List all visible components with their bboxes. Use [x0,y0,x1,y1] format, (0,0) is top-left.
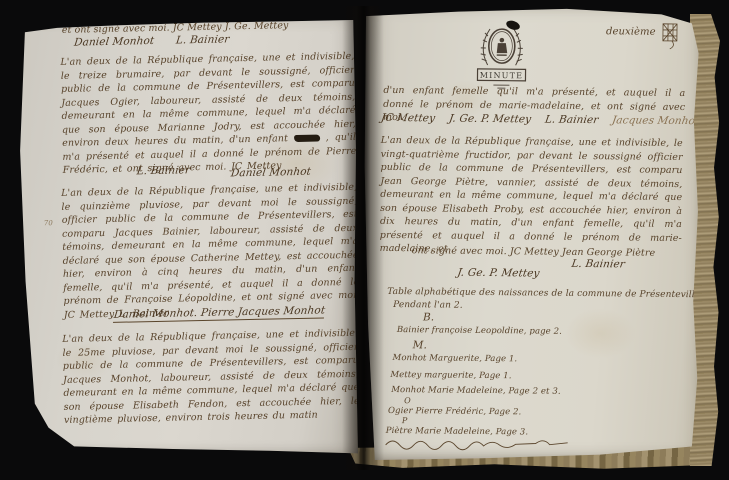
birth-act-3: L'an deux de la République française, un… [62,327,360,428]
act4-signature-line: ont signé avec moi. JC Mettey Jean Georg… [412,245,656,259]
stamp-figure-body [497,43,508,53]
manuscript-scan: et ont signé avec moi. JC Mettey J. Ge. … [0,0,729,480]
birth-act-1: L'an deux de la République française, un… [60,50,356,178]
birth-act-2: L'an deux de la République française, un… [61,181,360,322]
index-title: Table alphabétique des naissances de la … [387,287,709,300]
signature-jc-mettey: JC Mettey [380,112,436,125]
minute-revenue-stamp: MINUTE [471,17,532,92]
index-entry-mettey-marguerite: Mettey marguerite, Page 1. [390,370,511,381]
crossed-out-word [294,134,320,142]
signature-jgep-mettey-act4: J. Ge. P. Mettey [457,267,541,280]
birth-act-4: L'an deux de la République française, un… [380,134,683,259]
index-letter-p: P [402,416,408,425]
index-letter-b: B. [423,311,434,323]
right-page-content: MINUTE deuxième d'un enfant femelle qu'i… [359,8,702,464]
index-entry-monhot-marie: Monhot Marie Madeleine, Page 2 et 3. [391,385,561,397]
index-letter-m: M. [413,339,427,351]
right-page: MINUTE deuxième d'un enfant femelle qu'i… [364,8,702,460]
ink-blob [505,19,521,31]
index-letter-o: O [404,396,411,405]
signature-daniel-monhot-act1: Daniel Monhot [230,166,312,180]
signature-bainier-top: L. Bainier [175,33,230,46]
signature-bainier-act4: L. Bainier [571,258,626,271]
margin-note: 70 [44,219,53,227]
crosshatch-paraph [660,21,680,51]
signature-bainier-act1: L. Bainier [136,164,191,177]
signature-jacques-monhot: Jacques Monhot [612,114,701,127]
signature-jge-mettey: J. Ge. P. Mettey [448,113,532,126]
closing-flourish [382,436,632,455]
left-page: et ont signé avec moi. JC Mettey J. Ge. … [16,20,358,456]
stamp-banner-label: MINUTE [480,71,524,80]
left-page-content: et ont signé avec moi. JC Mettey J. Ge. … [16,14,367,457]
signature-bainier-cont: L. Bainier [544,114,599,127]
page-number-annotation: deuxième [606,26,656,38]
stamp-figure-head [500,38,505,43]
index-entry-monhot-marguerite: Monhot Marguerite, Page 1. [392,353,517,364]
index-entry-bainier: Bainier françoise Leopoldine, page 2. [397,325,562,337]
index-subtitle: Pendant l'an 2. [393,300,463,311]
index-entry-ogier: Ogier Pierre Frédéric, Page 2. [388,406,521,417]
signature-daniel-monhot-top: Daniel Monhot [73,35,155,49]
